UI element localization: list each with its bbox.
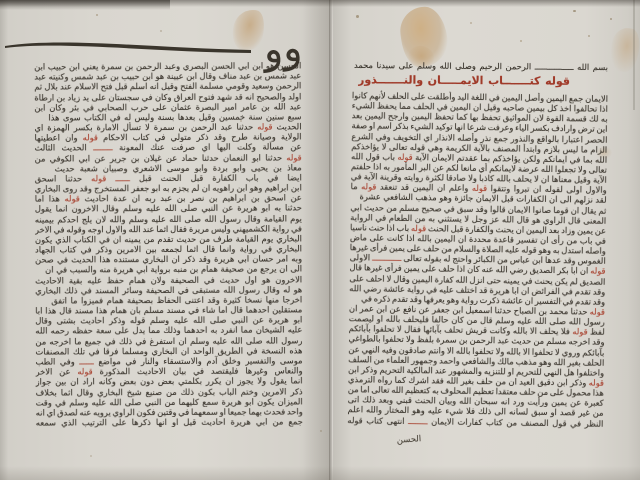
red-ink-rubric: ــــــ قوله — [91, 173, 130, 183]
right-page-text: الايمان جمع اليمين وأصل اليمين في اللغة … — [347, 90, 608, 428]
left-page-text: الحسن هو ابن ابي الحسن البصري وعبد الرحم… — [34, 60, 303, 427]
red-ink-rubric: قوله — [361, 182, 376, 192]
gutter-shadow — [303, 0, 330, 480]
photo-top-corner — [0, 0, 170, 10]
red-ink-rubric: قوله — [65, 194, 80, 204]
red-ink-rubric: ــــــ — [79, 356, 94, 366]
red-ink-rubric: ــــــــ — [408, 416, 428, 426]
red-ink-rubric: قوله — [472, 183, 487, 193]
red-ink-rubric: قوله — [411, 223, 426, 233]
red-ink-rubric: قوله — [590, 307, 605, 317]
red-ink-rubric: قوله — [572, 327, 587, 337]
red-ink-rubric: قوله — [590, 266, 605, 276]
red-ink-rubric: قوله — [77, 366, 92, 376]
manuscript-line: جمع من ابي هريرة احاديث قيل او انها ذكره… — [36, 416, 303, 427]
red-ink-rubric: قوله — [83, 133, 98, 143]
chapter-heading-red: قوله كتـــــــاب الايمـــــان والنــــــ… — [358, 72, 570, 90]
manuscript-photo: وو الحسن هو ابن ابي الحسن البصري وعبد ال… — [0, 0, 640, 480]
red-ink-rubric: ــــــــ — [93, 143, 112, 153]
page-stack-edge — [633, 0, 635, 110]
red-ink-rubric: قوله — [257, 122, 272, 132]
red-ink-rubric: قوله — [397, 152, 412, 162]
red-ink-rubric: قوله — [589, 377, 604, 387]
paper-stain — [608, 26, 640, 73]
red-ink-rubric: ــــــــــــ — [372, 253, 401, 263]
manuscript-page-left: وو الحسن هو ابن ابي الحسن البصري وعبد ال… — [0, 0, 332, 480]
photo-bottom-edge — [0, 466, 640, 480]
red-ink-rubric: قوله — [286, 152, 301, 162]
